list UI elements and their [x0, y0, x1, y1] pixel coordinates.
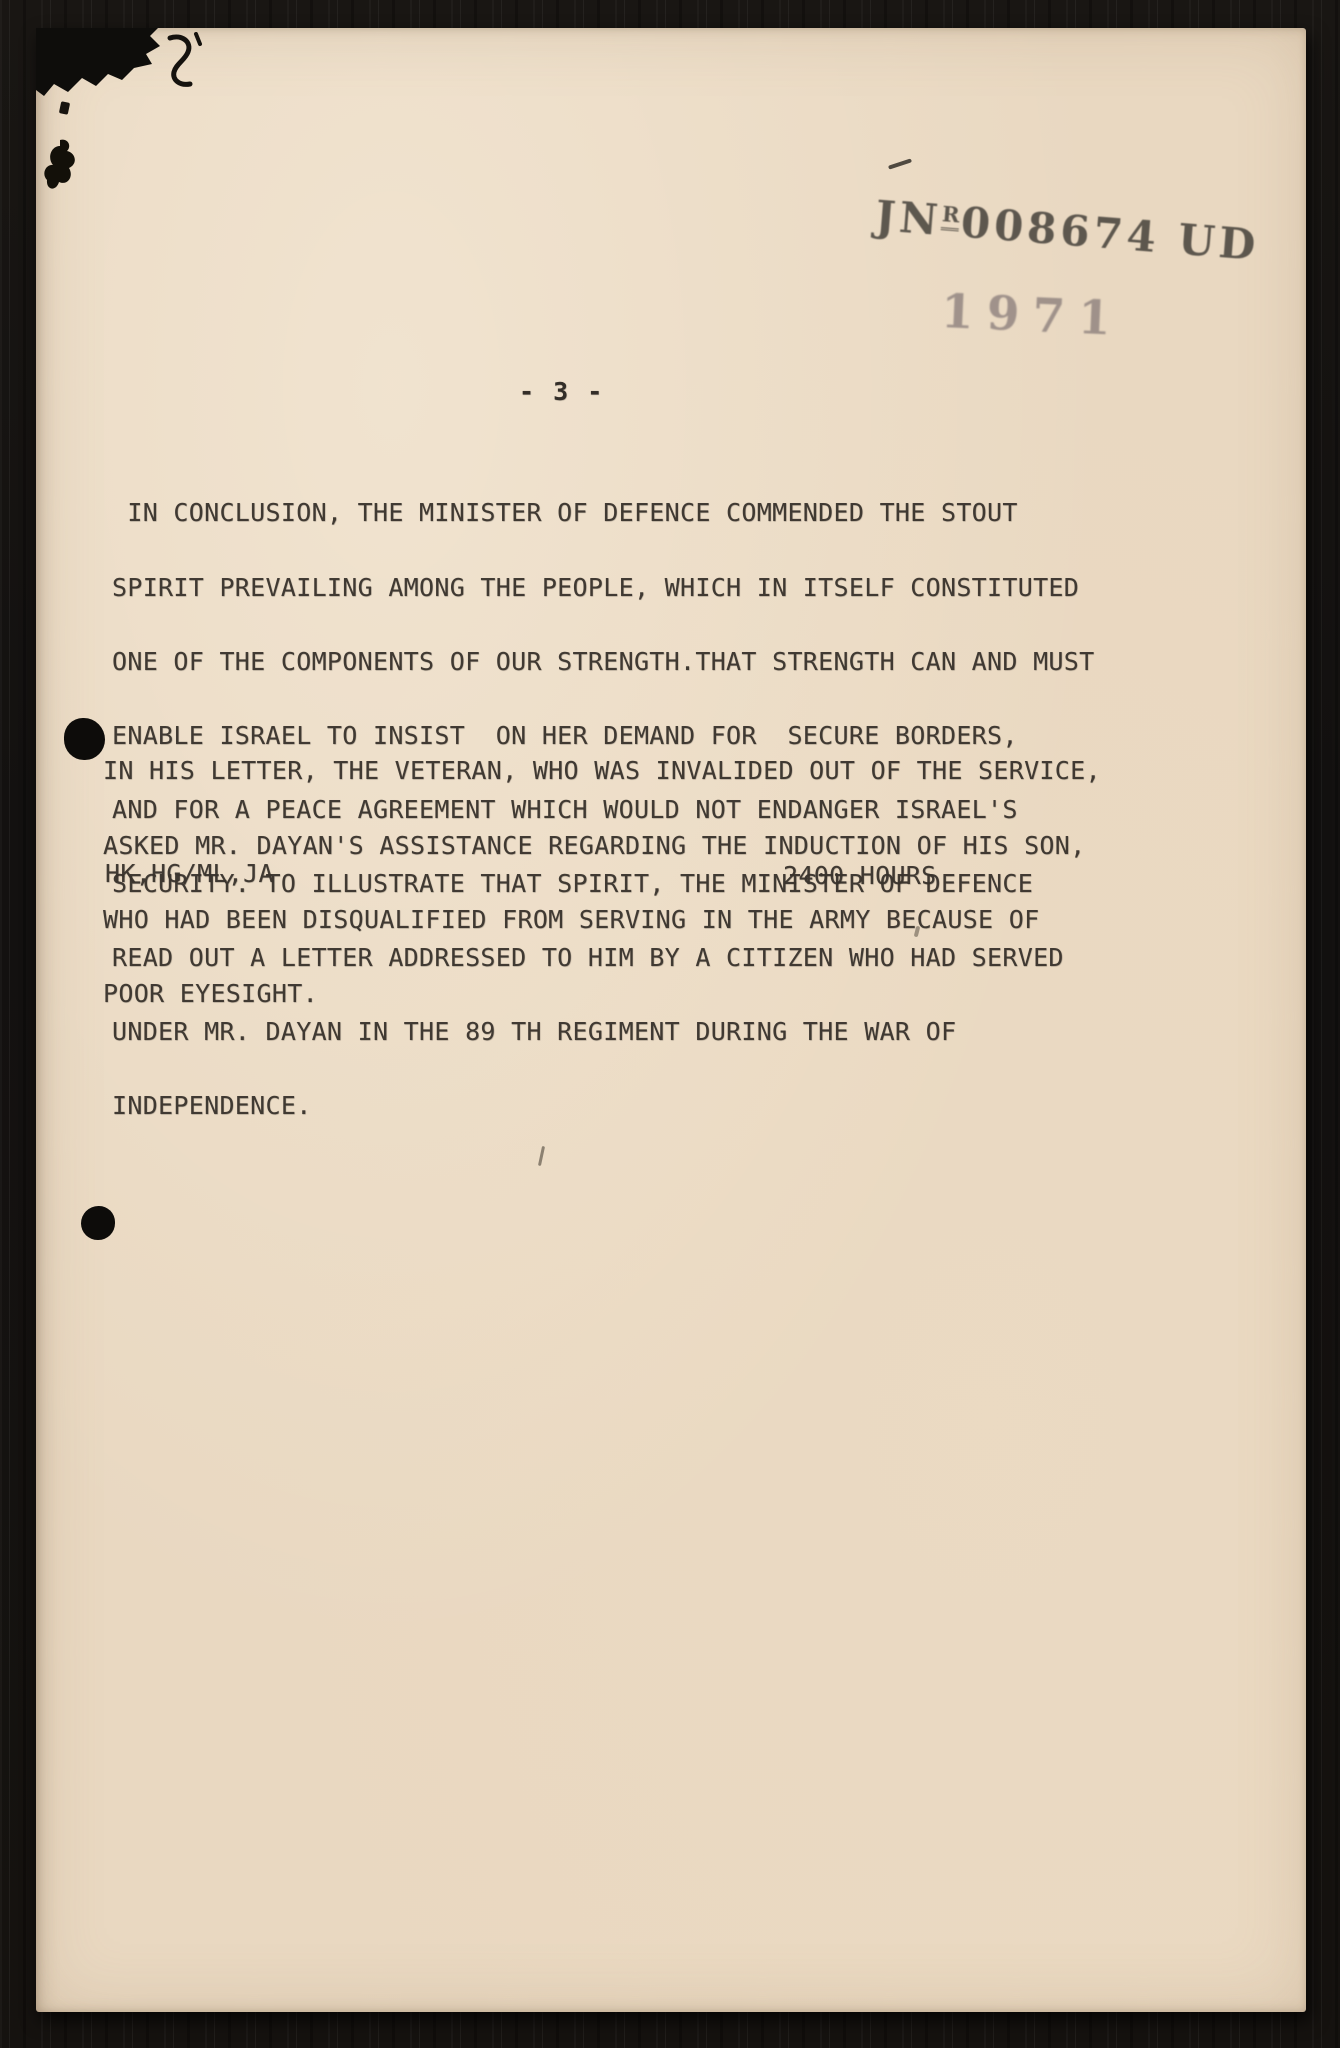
- pen-dash-mark: [888, 158, 912, 169]
- ink-speck: [59, 101, 70, 115]
- stamp-superscript: R: [941, 201, 961, 231]
- punch-hole: [81, 1206, 115, 1240]
- stamp-suffix: UD: [1176, 215, 1261, 270]
- year-stamp: 1971: [940, 284, 1125, 347]
- paragraph-2-line: IN HIS LETTER, THE VETERAN, WHO WAS INVA…: [103, 759, 1101, 784]
- handwritten-mark-icon: [156, 32, 204, 94]
- document-page: JNR008674 UD 1971 - 3 - IN CONCLUSION, T…: [36, 28, 1306, 2012]
- timestamp: 2400 HOURS: [783, 864, 937, 889]
- scan-background: JNR008674 UD 1971 - 3 - IN CONCLUSION, T…: [0, 0, 1340, 2048]
- drafter-initials: HK,HG/ML,JA: [105, 862, 274, 887]
- paragraph-1-line: SPIRIT PREVAILING AMONG THE PEOPLE, WHIC…: [112, 576, 1094, 601]
- paragraph-1-line: IN CONCLUSION, THE MINISTER OF DEFENCE C…: [112, 501, 1094, 526]
- ink-blot: [44, 138, 80, 196]
- punch-hole: [64, 718, 105, 760]
- paragraph-1-line: INDEPENDENCE.: [112, 1094, 1094, 1119]
- paragraph-1-line: ONE OF THE COMPONENTS OF OUR STRENGTH.TH…: [112, 650, 1094, 675]
- page-number: - 3 -: [519, 380, 604, 405]
- archive-stamp: JNR008674 UD: [874, 191, 1261, 270]
- paragraph-2-line: ASKED MR. DAYAN'S ASSISTANCE REGARDING T…: [103, 834, 1101, 859]
- stamp-number: 008674: [959, 198, 1162, 262]
- stamp-prefix: JN: [874, 191, 944, 245]
- paragraph-2-line: POOR EYESIGHT.: [103, 982, 1101, 1007]
- paragraph-2-line: WHO HAD BEEN DISQUALIFIED FROM SERVING I…: [103, 908, 1101, 933]
